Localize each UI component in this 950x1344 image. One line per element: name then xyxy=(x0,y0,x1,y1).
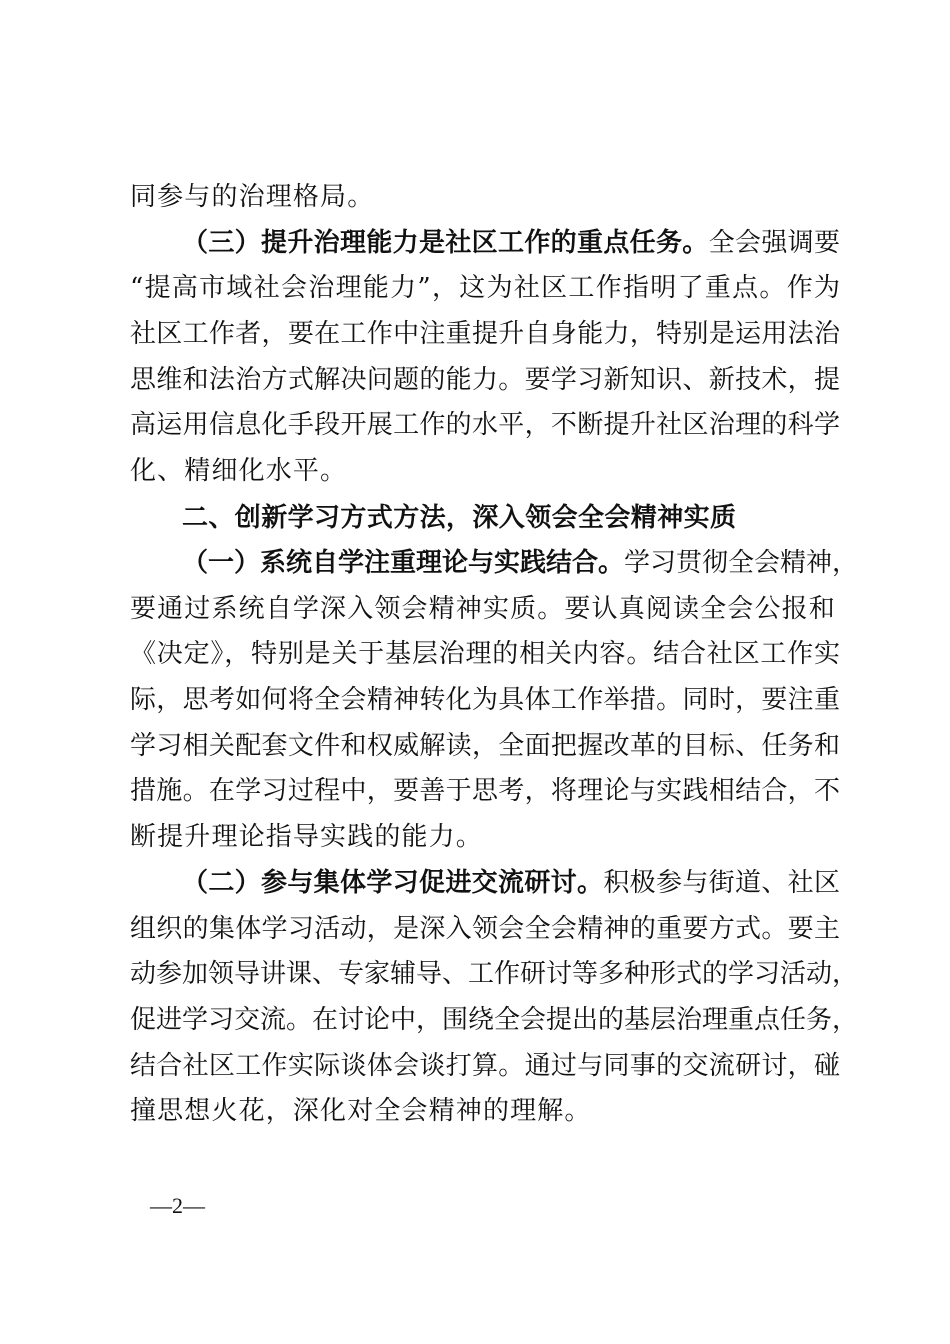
paragraph-text: 全会强调要 xyxy=(709,228,840,258)
paragraph-line: 高运用信息化手段开展工作的水平，不断提升社区治理的科学 xyxy=(130,405,840,445)
paragraph-line: 动参加领导讲课、专家辅导、工作研讨等多种形式的学习活动， xyxy=(130,954,840,994)
paragraph-text: 积极参与街道、社区 xyxy=(603,868,840,898)
paragraph-line: 撞思想火花，深化对全会精神的理解。 xyxy=(130,1091,840,1131)
subsection-2-title: （二）参与集体学习促进交流研讨。 xyxy=(182,868,603,898)
subsection-2-line: （二）参与集体学习促进交流研讨。积极参与街道、社区 xyxy=(182,863,840,903)
subsection-3-title: （三）提升治理能力是社区工作的重点任务。 xyxy=(182,228,709,258)
paragraph-line: 促进学习交流。在讨论中，围绕全会提出的基层治理重点任务， xyxy=(130,1000,840,1040)
paragraph-line: “提高市域社会治理能力”，这为社区工作指明了重点。作为 xyxy=(130,268,840,308)
paragraph-line: 要通过系统自学深入领会精神实质。要认真阅读全会公报和 xyxy=(130,589,840,629)
paragraph-text: 学习贯彻全会精神， xyxy=(624,548,858,578)
section-2-heading: 二、创新学习方式方法，深入领会全会精神实质 xyxy=(182,498,840,538)
subsection-1-line: （一）系统自学注重理论与实践结合。学习贯彻全会精神， xyxy=(182,543,840,583)
page-number: —2— xyxy=(150,1191,205,1221)
subsection-3-line: （三）提升治理能力是社区工作的重点任务。全会强调要 xyxy=(182,223,840,263)
paragraph-line: 学习相关配套文件和权威解读，全面把握改革的目标、任务和 xyxy=(130,726,840,766)
paragraph-line: 思维和法治方式解决问题的能力。要学习新知识、新技术，提 xyxy=(130,360,840,400)
paragraph-line: 组织的集体学习活动，是深入领会全会精神的重要方式。要主 xyxy=(130,909,840,949)
paragraph-line: 同参与的治理格局。 xyxy=(130,177,840,217)
paragraph-line: 化、精细化水平。 xyxy=(130,451,840,491)
paragraph-line: 断提升理论指导实践的能力。 xyxy=(130,817,840,857)
paragraph-line: 措施。在学习过程中，要善于思考，将理论与实践相结合，不 xyxy=(130,771,840,811)
paragraph-line: 结合社区工作实际谈体会谈打算。通过与同事的交流研讨，碰 xyxy=(130,1046,840,1086)
paragraph-line: 《决定》，特别是关于基层治理的相关内容。结合社区工作实 xyxy=(130,634,840,674)
paragraph-line: 际，思考如何将全会精神转化为具体工作举措。同时，要注重 xyxy=(130,680,840,720)
subsection-1-title: （一）系统自学注重理论与实践结合。 xyxy=(182,548,624,578)
document-page: 同参与的治理格局。 （三）提升治理能力是社区工作的重点任务。全会强调要 “提高市… xyxy=(0,0,950,1344)
paragraph-line: 社区工作者，要在工作中注重提升自身能力，特别是运用法治 xyxy=(130,314,840,354)
